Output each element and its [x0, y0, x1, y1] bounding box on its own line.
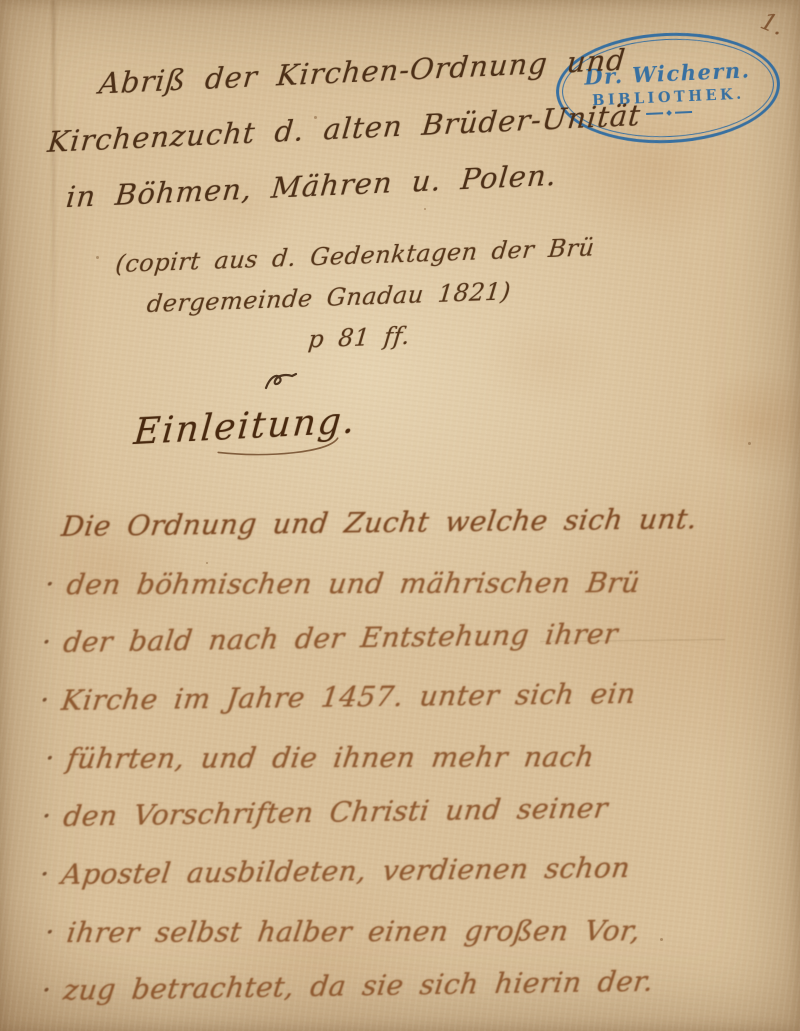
handwritten-line: Kirche im Jahre 1457. unter sich ein — [34, 665, 602, 730]
stamp-flourish-dash — [675, 111, 692, 114]
handwritten-line: den böhmischen und mährischen Brü — [39, 554, 607, 614]
stamp-flourish-dot — [666, 110, 672, 116]
handwritten-line: Die Ordnung und Zucht welche sich unt. — [34, 491, 602, 556]
manuscript-page: 1. Dr. Wichern. BIBLIOTHEK. Abriß der Ki… — [0, 0, 800, 1031]
handwritten-line: zug betrachtet, da sie sich hierin der. — [36, 953, 604, 1020]
stamp-flourish-icon — [646, 110, 692, 116]
page-reference: p 81 ff. — [306, 309, 599, 360]
manuscript-title: Abriß der Kirchen-Ordnung und Kirchenzuc… — [40, 34, 587, 226]
handwritten-line: Apostel ausbildeten, verdienen schon — [34, 839, 602, 904]
body-text: Die Ordnung und Zucht welche sich unt. d… — [34, 498, 594, 1020]
divider-squiggle-icon — [262, 370, 302, 396]
section-heading-block: Einleitung. — [130, 400, 355, 469]
source-note: (copirt aus d. Gedenktagen der Brü derge… — [112, 227, 595, 367]
handwritten-line: führten, und die ihnen mehr nach — [39, 728, 607, 788]
stamp-flourish-dash — [646, 112, 663, 115]
paper-speck — [96, 256, 99, 259]
handwritten-line: ihrer selbst halber einen großen Vor, — [39, 902, 607, 962]
paper-speck — [660, 938, 663, 941]
handwritten-line: den Vorschriften Christi und seiner — [36, 779, 604, 846]
paper-speck — [748, 442, 751, 445]
handwritten-line: der bald nach der Entstehung ihrer — [36, 605, 604, 672]
